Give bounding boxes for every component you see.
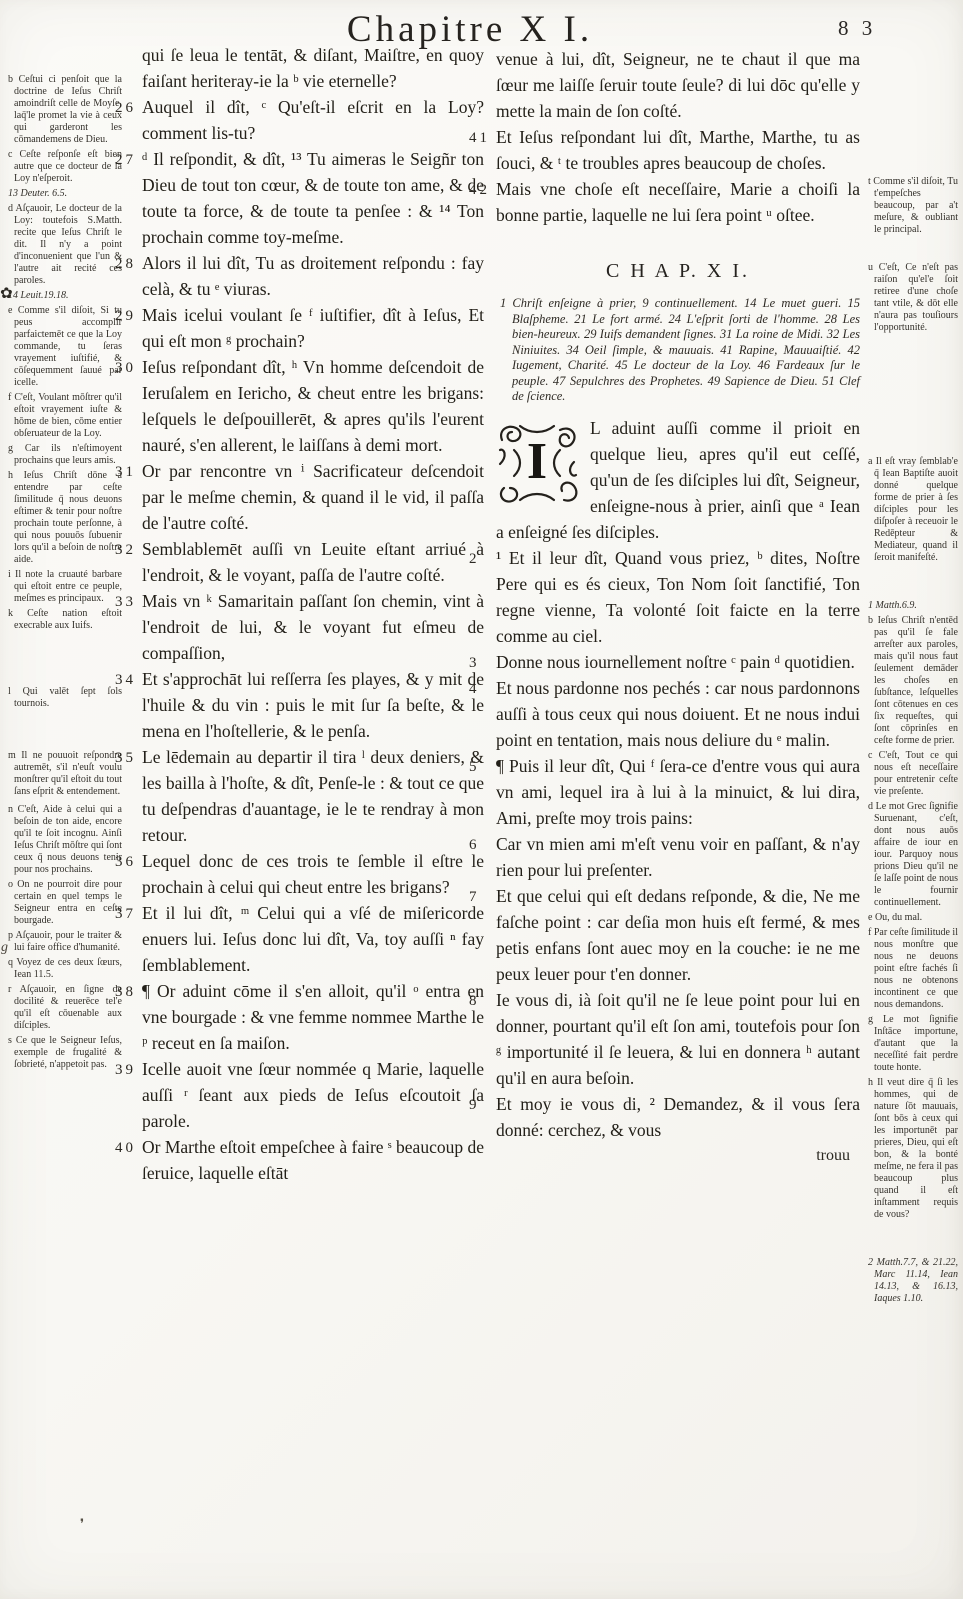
margin-note: n C'eſt, Aide à celui qui a beſoin de to…	[8, 804, 122, 876]
verse: 26 Auquel il dît, ᶜ Qu'eſt-il eſcrit en …	[142, 94, 484, 146]
verse: 34 Et s'approchāt lui reſſerra ſes playe…	[142, 666, 484, 744]
verse: 27 ᵈ Il reſpondit, & dît, ¹³ Tu aimeras …	[142, 146, 484, 250]
verse-number: 28	[115, 251, 136, 277]
margin-note: h Ieſus Chriſt dōne à entendre par ceſte…	[8, 470, 122, 566]
margin-note: l Qui valēt ſept ſols tournois.	[8, 686, 122, 710]
verse-number: 3	[469, 650, 480, 676]
verse-number: 7	[469, 884, 480, 910]
verse-number: 5	[469, 754, 480, 780]
verse-text: Ie vous di, ià ſoit qu'il ne ſe leue poi…	[496, 990, 860, 1088]
verse-number: 26	[115, 95, 136, 121]
verse-text: venue à lui, dît, Seigneur, ne te chaut …	[496, 49, 860, 121]
verse-text: Mais vn ᵏ Samaritain paſſant ſon chemin,…	[142, 591, 484, 663]
right-column-top-verses: venue à lui, dît, Seigneur, ne te chaut …	[496, 46, 860, 228]
margin-note: d Aſçauoir, Le docteur de la Loy: toutef…	[8, 203, 122, 287]
verse-text: Lequel donc de ces trois te ſemble il eſ…	[142, 851, 484, 897]
verse-number: 2	[469, 546, 480, 572]
verse: 3 Donne nous iournellement noſtre ᶜ pain…	[496, 649, 860, 675]
drop-cap-letter: I	[527, 448, 547, 474]
verse-text: Alors il lui dît, Tu as droitement reſpo…	[142, 253, 484, 299]
margin-note: f Par ceſte ſimilitude il nous monſtre q…	[868, 927, 958, 1011]
chapter-heading: C H A P. X I.	[496, 258, 860, 284]
verse-text: ¹ Et il leur dît, Quand vous priez, ᵇ di…	[496, 548, 860, 646]
verse-number: 8	[469, 988, 480, 1014]
margin-note: e Ou, du mal.	[868, 912, 958, 924]
verse: 29 Mais icelui voulant ſe ᶠ iuſtifier, d…	[142, 302, 484, 354]
verse-number: 31	[115, 459, 136, 485]
verse: 2 ¹ Et il leur dît, Quand vous priez, ᵇ …	[496, 545, 860, 649]
margin-note: 13 Deuter. 6.5.	[8, 188, 122, 200]
verse-text: Or par rencontre vn ⁱ Sacrificateur deſc…	[142, 461, 484, 533]
catchword: trouu	[496, 1143, 860, 1169]
verse-text: Ieſus reſpondant dît, ʰ Vn homme deſcend…	[142, 357, 484, 455]
verse-number: 4	[469, 676, 480, 702]
verse-number: 29	[115, 303, 136, 329]
pen-mark: g	[1, 940, 8, 956]
verse-number: 27	[115, 147, 136, 173]
book-page-scan: Chapitre X I. 8 3 b Ceſtui ci penſoit qu…	[0, 0, 963, 1599]
verse-number: 34	[115, 667, 136, 693]
margin-note: b Ceſtui ci penſoit que la doctrine de I…	[8, 74, 122, 146]
verse-text: Et s'approchāt lui reſſerra ſes playes, …	[142, 669, 484, 741]
margin-note: c C'eſt, Tout ce qui nous eſt neceſſaire…	[868, 750, 958, 798]
verse-text: Semblablemēt auſſi vn Leuite eſtant arri…	[142, 539, 484, 585]
margin-note: b Ieſus Chriſt n'entēd pas qu'il ſe fale…	[868, 615, 958, 747]
margin-note: a Il eſt vray ſemblab'e q̄ Iean Baptiſte…	[868, 456, 958, 564]
verse-number: 35	[115, 745, 136, 771]
verse-text: ¶ Puis il leur dît, Qui ᶠ ſera-ce d'entr…	[496, 756, 860, 828]
verse: 30 Ieſus reſpondant dît, ʰ Vn homme deſc…	[142, 354, 484, 458]
verse-number: 32	[115, 537, 136, 563]
verse-number: 9	[469, 1092, 480, 1118]
margin-note: d Le mot Grec ſignifie Suruenant, c'eſt,…	[868, 801, 958, 909]
verse: 42 Mais vne choſe eſt neceſſaire, Marie …	[496, 176, 860, 228]
verse-text: Le lēdemain au departir il tira ˡ deux d…	[142, 747, 484, 845]
margin-note: g Le mot ſignifie Inſtāce importune, d'a…	[868, 1014, 958, 1074]
verse: 7 Et que celui qui eſt dedans reſponde, …	[496, 883, 860, 987]
margin-note: f C'eſt, Voulant mōſtrer qu'il eſtoit vr…	[8, 392, 122, 440]
margin-note: p Aſçauoir, pour le traiter & lui faire …	[8, 930, 122, 954]
verse-number: 39	[115, 1057, 136, 1083]
verse: 9 Et moy ie vous di, ² Demandez, & il vo…	[496, 1091, 860, 1143]
verse: 38 ¶ Or aduint cōme il s'en alloit, qu'i…	[142, 978, 484, 1056]
verse-number: 36	[115, 849, 136, 875]
verse: 5 ¶ Puis il leur dît, Qui ᶠ ſera-ce d'en…	[496, 753, 860, 831]
verse-number: 38	[115, 979, 136, 1005]
verse: 41 Et Ieſus reſpondant lui dît, Marthe, …	[496, 124, 860, 176]
verse-text: Mais vne choſe eſt neceſſaire, Marie a c…	[496, 179, 860, 225]
verse: 28 Alors il lui dît, Tu as droitement re…	[142, 250, 484, 302]
fleuron-ornament-icon: ✿	[0, 284, 13, 303]
verse: 32 Semblablemēt auſſi vn Leuite eſtant a…	[142, 536, 484, 588]
verse: 35 Le lēdemain au departir il tira ˡ deu…	[142, 744, 484, 848]
margin-note: i Il note la cruauté barbare qui eſtoit …	[8, 569, 122, 605]
margin-note: k Ceſte nation eſtoit execrable aux Iuif…	[8, 608, 122, 632]
verse-text: Mais icelui voulant ſe ᶠ iuſtifier, dît …	[142, 305, 484, 351]
margin-note: e Comme s'il diſoit, Si tu peus accompli…	[8, 305, 122, 389]
verse-number: 42	[469, 177, 490, 203]
verse-text: ¶ Or aduint cōme il s'en alloit, qu'il ᵒ…	[142, 981, 484, 1053]
margin-note: t Comme s'il diſoit, Tu t'empeſches beau…	[868, 176, 958, 236]
left-text-column: qui ſe leua le tentāt, & diſant, Maiſtre…	[142, 42, 484, 1186]
right-column-verses: 2 ¹ Et il leur dît, Quand vous priez, ᵇ …	[496, 545, 860, 1143]
verse-1: I L aduint auſſi comme il prioit en quel…	[496, 415, 860, 545]
verse-text: Et il lui dît, ᵐ Celui qui a vſé de miſe…	[142, 903, 484, 975]
verse-text: Donne nous iournellement noſtre ᶜ pain ᵈ…	[496, 652, 855, 672]
verse-text: Et moy ie vous di, ² Demandez, & il vous…	[496, 1094, 860, 1140]
margin-note: h Il veut dire q̄ ſi les hommes, qui de …	[868, 1077, 958, 1221]
margin-note: q Voyez de ces deux ſœurs, Iean 11.5.	[8, 957, 122, 981]
verse: 40 Or Marthe eſtoit empeſchee à faire ˢ …	[142, 1134, 484, 1186]
edge-ink-mark: ❜	[80, 1516, 84, 1532]
verse-number: 40	[115, 1135, 136, 1161]
verse-number: 6	[469, 832, 480, 858]
right-margin-notes: t Comme s'il diſoit, Tu t'empeſches beau…	[868, 176, 958, 1308]
verse-text: Et que celui qui eſt dedans reſponde, & …	[496, 886, 860, 984]
margin-note: g Car ils n'eſtimoyent prochains que leu…	[8, 443, 122, 467]
margin-note: o On ne pourroit dire pour certain en qu…	[8, 879, 122, 927]
verse-text: qui ſe leua le tentāt, & diſant, Maiſtre…	[142, 45, 484, 91]
verse-number: 30	[115, 355, 136, 381]
margin-note: 14 Leuit.19.18.	[8, 290, 122, 302]
page-number: 8 3	[838, 16, 876, 41]
margin-note: c Ceſte reſponſe eſt bien autre que ce d…	[8, 149, 122, 185]
margin-note: r Aſçauoir, en ſigne de docilité & reuer…	[8, 984, 122, 1032]
verse: 36 Lequel donc de ces trois te ſemble il…	[142, 848, 484, 900]
left-margin-notes: b Ceſtui ci penſoit que la doctrine de I…	[8, 74, 122, 1074]
verse-text: Auquel il dît, ᶜ Qu'eſt-il eſcrit en la …	[142, 97, 484, 143]
verse: qui ſe leua le tentāt, & diſant, Maiſtre…	[142, 42, 484, 94]
verse-text: Or Marthe eſtoit empeſchee à faire ˢ bea…	[142, 1137, 484, 1183]
verse: 4 Et nous pardonne nos pechés : car nous…	[496, 675, 860, 753]
verse-text: Et Ieſus reſpondant lui dît, Marthe, Mar…	[496, 127, 860, 173]
verse: 31 Or par rencontre vn ⁱ Sacrificateur d…	[142, 458, 484, 536]
verse: 6 Car vn mien ami m'eſt venu voir en paſ…	[496, 831, 860, 883]
margin-note: 2 Matth.7.7, & 21.22, Marc 11.14, Iean 1…	[868, 1257, 958, 1305]
verse: 39 Icelle auoit vne ſœur nommée q Marie,…	[142, 1056, 484, 1134]
margin-note: m Il ne pouuoit reſpondre autremēt, s'il…	[8, 750, 122, 798]
margin-note: s Ce que le Seigneur Ieſus, exemple de f…	[8, 1035, 122, 1071]
verse-text: Et nous pardonne nos pechés : car nous p…	[496, 678, 860, 750]
margin-note: 1 Matth.6.9.	[868, 600, 958, 612]
chapter-argument: 1 Chriſt enſeigne à prier, 9 continuelle…	[496, 296, 860, 405]
verse: 33 Mais vn ᵏ Samaritain paſſant ſon chem…	[142, 588, 484, 666]
verse-text: ᵈ Il reſpondit, & dît, ¹³ Tu aimeras le …	[142, 149, 484, 247]
verse-number: 33	[115, 589, 136, 615]
verse-text: Icelle auoit vne ſœur nommée q Marie, la…	[142, 1059, 484, 1131]
right-text-column: venue à lui, dît, Seigneur, ne te chaut …	[496, 46, 860, 1185]
verse-number: 41	[469, 125, 490, 151]
drop-cap: I	[494, 420, 580, 506]
verse: venue à lui, dît, Seigneur, ne te chaut …	[496, 46, 860, 124]
verse: 37 Et il lui dît, ᵐ Celui qui a vſé de m…	[142, 900, 484, 978]
verse-number: 37	[115, 901, 136, 927]
verse: 8 Ie vous di, ià ſoit qu'il ne ſe leue p…	[496, 987, 860, 1091]
margin-note: u C'eſt, Ce n'eſt pas raiſon qu'el'e ſoi…	[868, 262, 958, 334]
verse-text: Car vn mien ami m'eſt venu voir en paſſa…	[496, 834, 860, 880]
